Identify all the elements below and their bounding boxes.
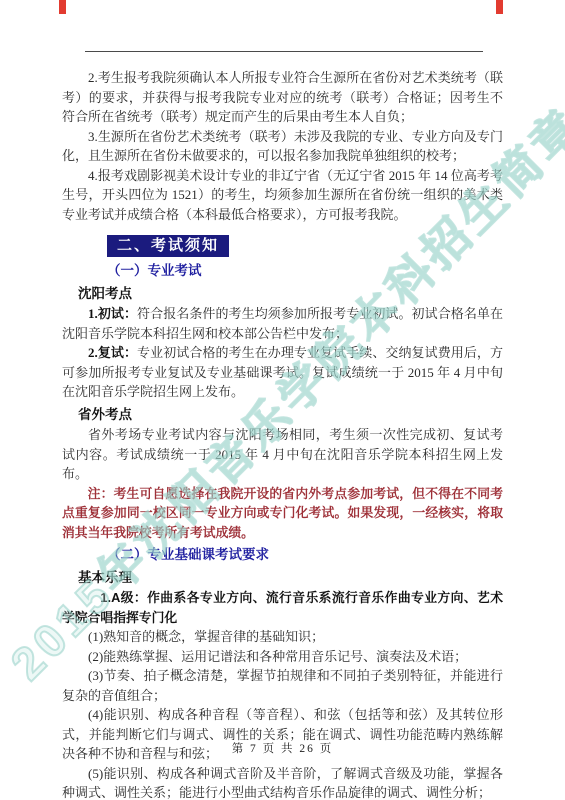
paragraph-second-round: 2.复试：专业初试合格的考生在办理专业复试手续、交纳复试费用后，方可参加所报考专… <box>62 343 503 402</box>
a-level-heading: 1.A级：作曲系各专业方向、流行音乐系流行音乐作曲专业方向、艺术学院合唱指挥专门… <box>62 588 503 627</box>
section-heading-wrap: 二、考试须知 <box>62 224 503 258</box>
footer-page-number: 第 7 页 共 26 页 <box>0 740 565 756</box>
subheading-basic-music-theory: 基本乐理 <box>78 568 503 588</box>
document-page: 2015年沈阳音乐学院本科招生简章 2.考生报考我院须确认本人所报专业符合生源所… <box>0 0 565 800</box>
subheading-professional-exam: （一）专业考试 <box>107 261 503 281</box>
section-heading-exam-notice: 二、考试须知 <box>107 235 229 257</box>
header-rule <box>85 51 483 52</box>
paragraph-item-2: 2.考生报考我院须确认本人所报专业符合生源所在省份对艺术类统考（联考）的要求，并… <box>62 68 503 127</box>
subheading-shenyang-site: 沈阳考点 <box>78 284 503 304</box>
first-round-label: 1.初试： <box>88 306 137 321</box>
subheading-out-of-province-site: 省外考点 <box>78 405 503 425</box>
paragraph-item-4: 4.报考戏剧影视美术设计专业的非辽宁省（无辽宁省 2015 年 14 位高考考生… <box>62 166 503 225</box>
list-item-1: (1)熟知音的概念，掌握音律的基础知识； <box>62 627 503 647</box>
red-corner-mark-right <box>496 0 503 14</box>
red-corner-mark-left <box>59 0 66 14</box>
list-item-3: (3)节奏、拍子概念清楚，掌握节拍规律和不同拍子类别特征，并能进行复杂的音值组合… <box>62 666 503 705</box>
second-round-label: 2.复试： <box>88 345 137 360</box>
paragraph-item-3: 3.生源所在省份艺术类统考（联考）未涉及我院的专业、专业方向及专门化，且生源所在… <box>62 127 503 166</box>
paragraph-first-round: 1.初试：符合报名条件的考生均须参加所报考专业初试。初试合格名单在沈阳音乐学院本… <box>62 304 503 343</box>
subheading-basic-course-requirements: （二）专业基础课考试要求 <box>107 545 503 565</box>
list-item-5: (5)能识别、构成各种调式音阶及半音阶，了解调式音级及功能，掌握各种调式、调性关… <box>62 764 503 800</box>
red-note: 注：考生可自愿选择在我院开设的省内外考点参加考试，但不得在不同考点重复参加同一校… <box>62 484 503 543</box>
list-item-2: (2)能熟练掌握、运用记谱法和各种常用音乐记号、演奏法及术语； <box>62 647 503 667</box>
paragraph-out-of-province: 省外考场专业考试内容与沈阳考场相同，考生须一次性完成初、复试考试内容。考试成绩统… <box>62 425 503 484</box>
page-content: 2.考生报考我院须确认本人所报专业符合生源所在省份对艺术类统考（联考）的要求，并… <box>62 68 503 800</box>
